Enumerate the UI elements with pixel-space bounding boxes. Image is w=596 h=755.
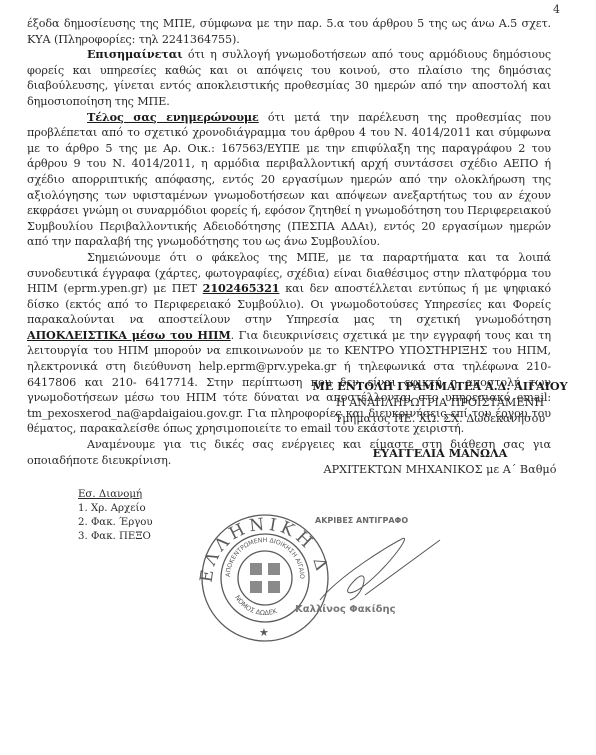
handwritten-signature (320, 538, 440, 600)
certified-copy-label: ΑΚΡΙΒΕΣ ΑΝΤΙΓΡΑΦΟ (315, 516, 408, 525)
signer-name-stamp: Καλλίνος Φακίδης (295, 603, 396, 615)
distribution-heading: Εσ. Διανομή (78, 488, 153, 502)
exclusive-notice: ΑΠΟΚΛΕΙΣΤΙΚΑ μέσω του ΗΠΜ (27, 328, 231, 342)
paragraph-publication-costs: έξοδα δημοσίευσης της ΜΠΕ, σύμφωνα με τη… (27, 16, 551, 47)
distribution-item: 1. Χρ. Αρχείο (78, 502, 153, 516)
signature-authority-block: ΜΕ ΕΝΤΟΛΗ ΓΡΑΜΜΑΤΕΑ Α.Δ. ΑΙΓΑΙΟΥ Η ΑΝΑΠΛ… (290, 379, 590, 426)
internal-distribution: Εσ. Διανομή 1. Χρ. Αρχείο 2. Φακ. Έργου … (78, 488, 153, 544)
official-stamp: ΕΛΛΗΝΙΚΗ ΔΗΜΟΚΡΑΤΙΑ ΑΠΟΚΕΝΤΡΩΜΕΝΗ ΔΙΟΙΚΗ… (190, 505, 450, 655)
signer-title: ΑΡΧΙΤΕΚΤΩΝ ΜΗΧΑΝΙΚΟΣ με Α΄ Βαθμό (290, 462, 590, 478)
svg-text:★: ★ (259, 626, 269, 639)
pet-number: 2102465321 (203, 281, 280, 295)
signer-block: ΕΥΑΓΓΕΛΙΑ ΜΑΝΩΛΑ ΑΡΧΙΤΕΚΤΩΝ ΜΗΧΑΝΙΚΟΣ με… (290, 446, 590, 478)
page-number: 4 (553, 3, 560, 16)
emphasis-lead: Επισημαίνεται (87, 47, 183, 61)
signer-role: Η ΑΝΑΠΛΗΡΩΤΡΙΑ ΠΡΟΪΣΤΑΜΕΝΗ (290, 395, 590, 411)
paragraph-procedure: Τέλος σας ενημερώνουμε ότι μετά την παρέ… (27, 110, 551, 250)
signer-name: ΕΥΑΓΓΕΛΙΑ ΜΑΝΩΛΑ (290, 446, 590, 462)
signer-department: Τμήματος ΠΕ. ΧΩ. ΣΧ. Δωδεκανήσου (290, 411, 590, 427)
distribution-item: 2. Φακ. Έργου (78, 516, 153, 530)
emphasis-lead: Τέλος σας ενημερώνουμε (87, 110, 259, 124)
distribution-item: 3. Φακ. ΠΕΞΟ (78, 530, 153, 544)
order-line: ΜΕ ΕΝΤΟΛΗ ΓΡΑΜΜΑΤΕΑ Α.Δ. ΑΙΓΑΙΟΥ (290, 379, 590, 395)
stamp-seal-icon: ΕΛΛΗΝΙΚΗ ΔΗΜΟΚΡΑΤΙΑ ΑΠΟΚΕΝΤΡΩΜΕΝΗ ΔΙΟΙΚΗ… (190, 505, 450, 655)
paragraph-consultation: Επισημαίνεται ότι η συλλογή γνωμοδοτήσεω… (27, 47, 551, 109)
